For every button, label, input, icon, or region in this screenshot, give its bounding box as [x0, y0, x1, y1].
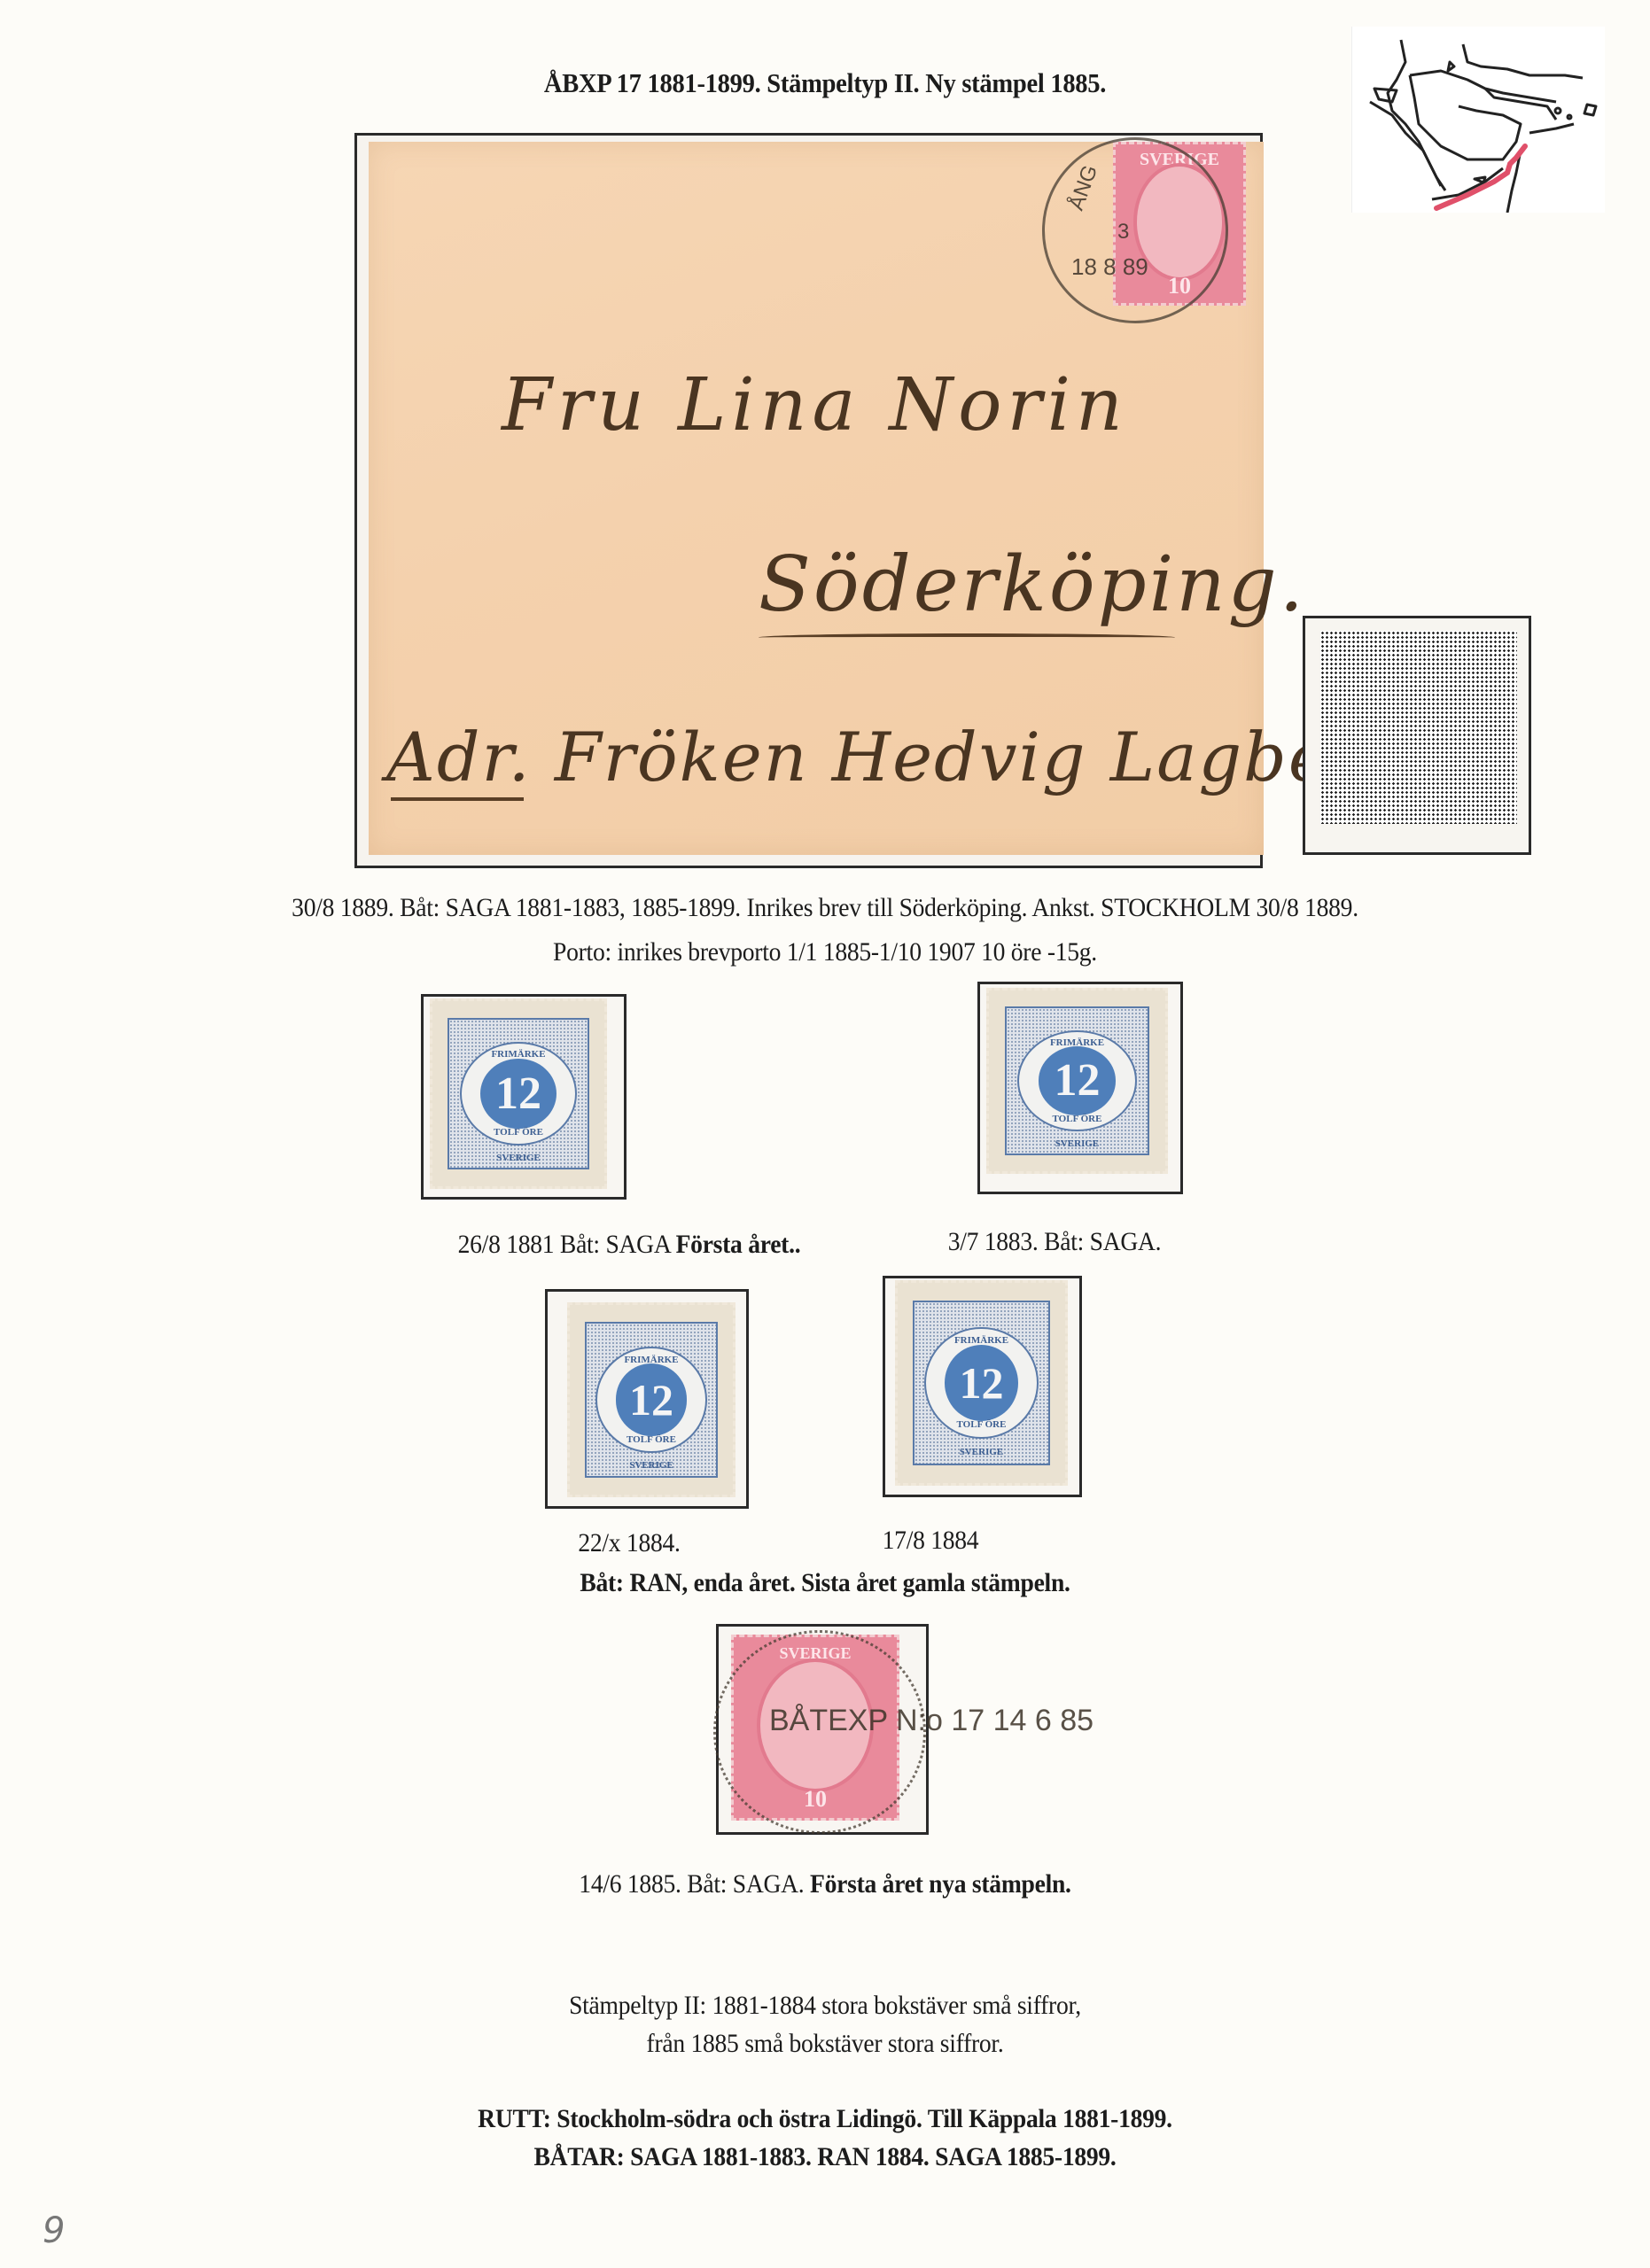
note-line-2: från 1885 små bokstäver stora siffror. — [66, 2029, 1584, 2059]
map-drawing — [1352, 27, 1605, 213]
cover-caption-2: Porto: inrikes brevporto 1/1 1885-1/10 1… — [66, 937, 1584, 967]
stamp-country: SVERIGE — [989, 1138, 1165, 1149]
handwritten-underline — [759, 633, 1175, 641]
stamp-12-ore: FRIMÄRKE 12 TOLF ÖRE SVERIGE — [430, 998, 607, 1189]
postmark-text: ÅNG — [1064, 162, 1103, 214]
handwritten-addressee: Fru Lina Norin — [502, 363, 1128, 447]
backstamp-photocopy — [1320, 631, 1517, 824]
stamp-bottom-text: TOLF ÖRE — [432, 1127, 604, 1138]
caption-emphasis: Första året nya stämpeln. — [810, 1869, 1071, 1899]
stamp-caption-1884-b: 17/8 1884 — [808, 1526, 1053, 1556]
caption-text: 14/6 1885. Båt: SAGA. — [579, 1869, 810, 1899]
cover-envelope: Fru Lina Norin Söderköping. Adr. Fröken … — [369, 142, 1264, 855]
stamp-value: 12 — [616, 1363, 688, 1435]
stamp-12-ore: FRIMÄRKE 12 TOLF ÖRE SVERIGE — [986, 988, 1168, 1174]
stamp-country: SVERIGE — [432, 1153, 604, 1163]
stamp-caption-1883: 3/7 1883. Båt: SAGA. — [891, 1227, 1218, 1257]
stamp-12-ore: FRIMÄRKE 12 TOLF ÖRE SVERIGE — [895, 1280, 1068, 1486]
stamp-12-ore: FRIMÄRKE 12 TOLF ÖRE SVERIGE — [567, 1302, 735, 1497]
stamp-country: SVERIGE — [898, 1447, 1065, 1457]
stamp-bottom-text: TOLF ÖRE — [570, 1434, 733, 1445]
stamp-caption-1884-a: 22/x 1884. — [540, 1528, 719, 1558]
caption-emphasis: Första året.. — [676, 1230, 801, 1259]
stamp-bottom-text: TOLF ÖRE — [898, 1419, 1065, 1430]
stamp-country: SVERIGE — [570, 1460, 733, 1471]
stamp-caption-ran: Båt: RAN, enda året. Sista året gamla st… — [66, 1568, 1584, 1598]
stamp-postmark: BÅTEXP N:o 17 14 6 85 — [713, 1630, 926, 1834]
stamp-value: 12 — [945, 1345, 1018, 1421]
stamp-caption-1885: 14/6 1885. Båt: SAGA. Första året nya st… — [66, 1869, 1584, 1899]
postmark-day: 3 — [1117, 220, 1129, 245]
stamp-value: 12 — [480, 1059, 556, 1129]
page-number: 9 — [43, 2210, 65, 2251]
stamp-caption-1881: 26/8 1881 Båt: SAGA Första året.. — [401, 1230, 857, 1260]
boats-line: BÅTAR: SAGA 1881-1883. RAN 1884. SAGA 18… — [66, 2142, 1584, 2172]
stamp-top-text: FRIMÄRKE — [898, 1335, 1065, 1346]
route-map-icon — [1351, 27, 1605, 213]
handwritten-address-line: Adr. Fröken Hedvig Lagberg — [386, 718, 1409, 796]
postmark-date: 18 8 89 — [1071, 253, 1148, 281]
caption-text: 26/8 1881 Båt: SAGA — [458, 1230, 676, 1259]
postmark-text: BÅTEXP N:o 17 14 6 85 — [769, 1704, 1094, 1738]
cover-caption-1: 30/8 1889. Båt: SAGA 1881-1883, 1885-189… — [66, 893, 1584, 923]
stamp-bottom-text: TOLF ÖRE — [989, 1114, 1165, 1124]
cover-postmark: ÅNG 3 18 8 89 — [1042, 137, 1228, 323]
note-line-1: Stämpeltyp II: 1881-1884 stora bokstäver… — [66, 1991, 1584, 2021]
route-line: RUTT: Stockholm-södra och östra Lidingö.… — [66, 2104, 1584, 2134]
handwritten-underline — [391, 797, 524, 801]
handwritten-city: Söderköping. — [759, 540, 1306, 629]
stamp-value: 12 — [1039, 1046, 1117, 1115]
